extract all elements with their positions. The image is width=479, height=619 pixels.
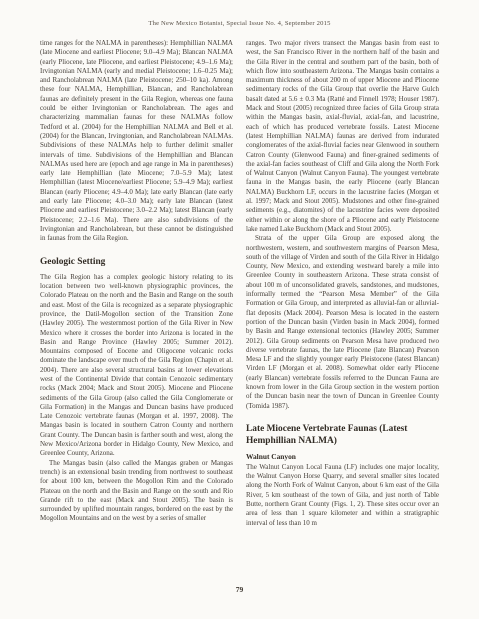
paragraph-mangas-rivers: ranges. Two major rivers transect the Ma… (246, 39, 439, 234)
paragraph-pearson-mesa: Strata of the upper Gila Group are expos… (246, 234, 439, 411)
paragraph-geologic-setting: The Gila Region has a complex geologic h… (40, 273, 233, 459)
right-column: ranges. Two major rivers transect the Ma… (246, 39, 439, 528)
journal-header: The New Mexico Botanist, Special Issue N… (0, 20, 479, 27)
section-heading-late-miocene-faunas: Late Miocene Vertebrate Faunas (Latest H… (246, 423, 439, 447)
section-heading-geologic-setting: Geologic Setting (40, 256, 233, 268)
text-columns: time ranges for the NALMA in parentheses… (40, 39, 439, 528)
paragraph-mangas-basin: The Mangas basin (also called the Mangas… (40, 459, 233, 524)
journal-page: The New Mexico Botanist, Special Issue N… (0, 0, 479, 619)
page-number: 79 (0, 585, 479, 594)
paragraph-nalma-ranges: time ranges for the NALMA in parentheses… (40, 39, 233, 244)
left-column: time ranges for the NALMA in parentheses… (40, 39, 233, 528)
subsection-heading-walnut-canyon: Walnut Canyon (246, 452, 439, 462)
paragraph-walnut-canyon: The Walnut Canyon Local Fauna (LF) inclu… (246, 463, 439, 528)
